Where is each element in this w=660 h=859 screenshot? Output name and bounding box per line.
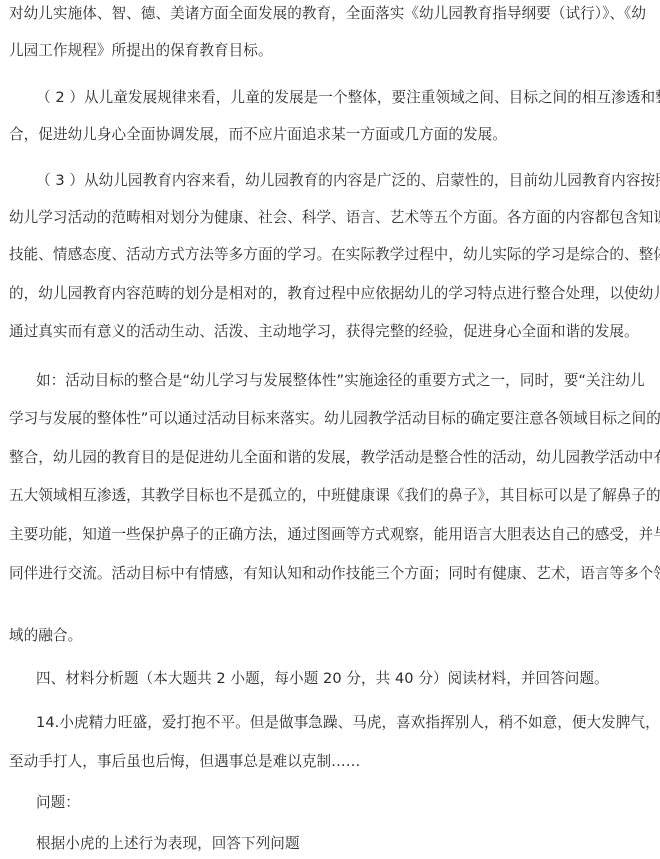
text-line: 问题： <box>36 793 80 813</box>
text-line: 如：活动目标的整合是“幼儿学习与发展整体性”实施途径的重要方式之一，同时，要“关… <box>36 371 645 391</box>
text-line: 儿园工作规程》所提出的保育教育目标。 <box>9 41 273 61</box>
document-page: 对幼儿实施体、智、德、美诸方面全面发展的教育，全面落实《幼儿园教育指导纲要（试行… <box>0 0 660 859</box>
text-line: （ 3 ）从幼儿园教育内容来看，幼儿园教育的内容是广泛的、启蒙性的，目前幼儿园教… <box>36 171 660 191</box>
text-line: 通过真实而有意义的活动生动、活泼、主动地学习，获得完整的经验，促进身心全面和谐的… <box>9 322 639 342</box>
text-line: 对幼儿实施体、智、德、美诸方面全面发展的教育，全面落实《幼儿园教育指导纲要（试行… <box>9 4 646 24</box>
text-line: 根据小虎的上述行为表现，回答下列问题 <box>36 834 300 854</box>
text-line: 整合，幼儿园的教育目的是促进幼儿全面和谐的发展，教学活动是整合性的活动，幼儿园教… <box>9 448 660 468</box>
text-line: 同伴进行交流。活动目标中有情感，有知认知和动作技能三个方面；同时有健康、艺术，语… <box>9 564 660 584</box>
text-line: 的，幼儿园教育内容范畴的划分是相对的，教育过程中应依据幼儿的学习特点进行整合处理… <box>9 284 660 304</box>
text-line: 主要功能，知道一些保护鼻子的正确方法，通过图画等方式观察，能用语言大胆表达自己的… <box>9 525 660 545</box>
text-line: 域的融合。 <box>9 626 82 646</box>
text-line: 14.小虎精力旺盛，爱打抱不平。但是做事急躁、马虎，喜欢指挥别人，稍不如意，便大… <box>36 713 660 733</box>
text-line: 合，促进幼儿身心全面协调发展，而不应片面追求某一方面或几方面的发展。 <box>9 125 507 145</box>
text-line: 四、材料分析题（本大题共 2 小题，每小题 20 分，共 40 分）阅读材料，并… <box>36 669 609 689</box>
text-line: 技能、情感态度、活动方式方法等多方面的学习。在实际教学过程中，幼儿实际的学习是综… <box>9 245 660 265</box>
text-line: （ 2 ）从儿童发展规律来看，儿童的发展是一个整体，要注重领域之间、目标之间的相… <box>36 88 660 108</box>
text-line: 学习与发展的整体性”可以通过活动目标来落实。幼儿园教学活动目标的确定要注意各领域… <box>9 409 660 429</box>
text-line: 五大领域相互渗透，其教学目标也不是孤立的，中班健康课《我们的鼻子》，其目标可以是… <box>9 486 660 506</box>
text-line: 至动手打人，事后虽也后悔，但遇事总是难以克制…… <box>9 752 360 772</box>
text-line: 幼儿学习活动的范畴相对划分为健康、社会、科学、语言、艺术等五个方面。各方面的内容… <box>9 208 660 228</box>
